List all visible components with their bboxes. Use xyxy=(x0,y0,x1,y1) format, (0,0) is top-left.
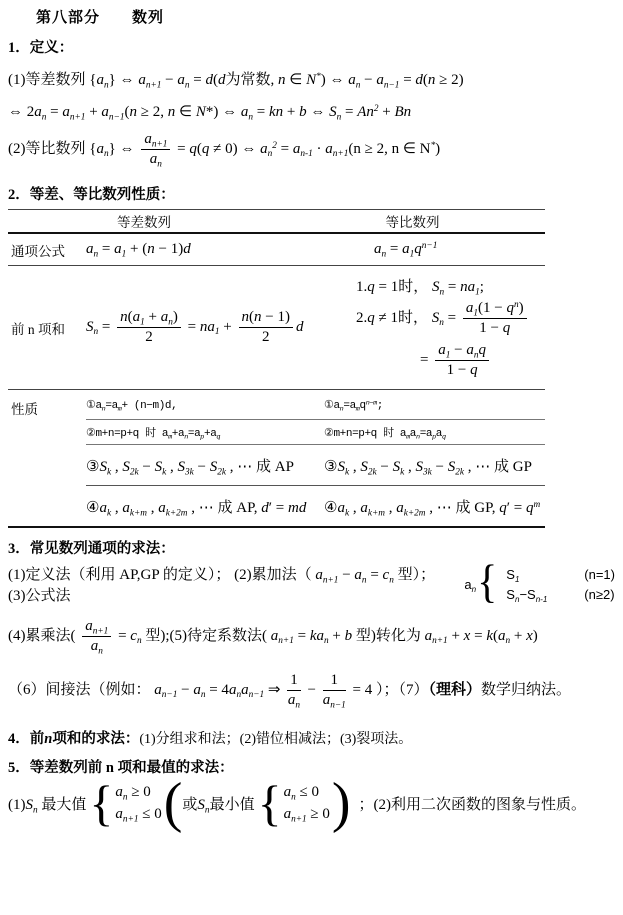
property-4-arithmetic: ④ak , ak+m , ak+2m , ⋯ 成 AP, d′ = md xyxy=(86,496,324,517)
arithmetic-definition-line-1: (1)等差数列 {an} ⇔ an+1 − an = d(d为常数, n ∈ N… xyxy=(8,68,615,89)
row-label-partial-sum: 前 n 项和 xyxy=(8,318,86,338)
property-3-row: ③Sk , S2k − Sk , S3k − S2k , ⋯ 成 AP ③Sk … xyxy=(86,445,545,486)
geometric-sum-alternate-form: = a1 − anq1 − q xyxy=(420,341,545,380)
case-1-formula: S1 xyxy=(506,567,584,582)
max-sum-label: (1)Sn 最大值 xyxy=(8,793,86,814)
geometric-sum-case-q-equals-1: 1.q = 1时， Sn = na1; xyxy=(356,275,545,296)
methods-line-2: (4)累乘法( an+1an = cn 型);(5)待定系数法( an+1 = … xyxy=(8,617,615,656)
section-5-method-2: ；(2)利用二次函数的图象与性质。 xyxy=(359,793,587,814)
methods-line-1: (1)定义法（利用 AP,GP 的定义）； (2)累加法（ an+1 − an … xyxy=(8,563,615,605)
property-1-arithmetic: ①an=am+ (n−m)d, xyxy=(86,398,324,412)
piecewise-formula: an { S1 (n=1) Sn−Sn-1 (n≥2) xyxy=(464,567,615,602)
piecewise-cases: S1 (n=1) Sn−Sn-1 (n≥2) xyxy=(506,567,615,602)
case-2-condition: (n≥2) xyxy=(584,587,615,602)
section-4-body: (1)分组求和法；(2)错位相减法；(3)裂项法。 xyxy=(139,732,412,747)
general-term-geometric-formula: an = a1qn−1 xyxy=(338,241,545,258)
table-row-properties: 性质 ①an=am+ (n−m)d, ①an=amqn−m; ②m+n=p+q … xyxy=(8,390,545,526)
table-header-row: 等差数列 等比数列 xyxy=(8,210,545,234)
section-4-line: 4．前n项和的求法：(1)分组求和法；(2)错位相减法；(3)裂项法。 xyxy=(8,727,615,748)
property-4-row: ④ak , ak+m , ak+2m , ⋯ 成 AP, d′ = md ④ak… xyxy=(86,486,545,526)
property-2-arithmetic: ②m+n=p+q 时 am+an=ap+aq xyxy=(86,424,324,440)
property-4-geometric: ④ak , ak+m , ak+2m , ⋯ 成 GP, q′ = qm xyxy=(324,496,545,517)
piecewise-variable: an xyxy=(464,577,476,592)
partial-sum-arithmetic-formula: Sn = n(a1 + an)2 = na1 + n(n − 1)2d xyxy=(86,308,338,347)
methods-1-2-3-text: (1)定义法（利用 AP,GP 的定义）； (2)累加法（ an+1 − an … xyxy=(8,563,452,605)
right-paren-icon: ) xyxy=(332,782,351,824)
left-brace-icon: { xyxy=(477,566,497,603)
min-conditions: an ≤ 0 an+1 ≥ 0 xyxy=(284,784,330,823)
table-row-partial-sum: 前 n 项和 Sn = n(a1 + an)2 = na1 + n(n − 1)… xyxy=(8,266,545,390)
page-title: 第八部分 数列 xyxy=(36,6,615,27)
case-1-condition: (n=1) xyxy=(584,567,615,582)
properties-list: ①an=am+ (n−m)d, ①an=amqn−m; ②m+n=p+q 时 a… xyxy=(86,390,545,526)
left-paren-icon: ( xyxy=(164,782,183,824)
min-sum-label: 或Sn最小值 xyxy=(182,793,254,814)
row-label-properties: 性质 xyxy=(8,390,86,418)
property-1-geometric: ①an=amqn−m; xyxy=(324,398,545,412)
section-5-line: (1)Sn 最大值 { an ≥ 0 an+1 ≤ 0 ( 或Sn最小值 { a… xyxy=(8,782,615,824)
max-conditions: an ≥ 0 an+1 ≤ 0 xyxy=(115,784,161,823)
section-2-heading: 2．等差、等比数列性质： xyxy=(8,183,615,204)
max-condition-1: an ≥ 0 xyxy=(115,784,161,801)
geometric-sum-case-q-not-1: 2.q ≠ 1时， Sn = a1(1 − qn)1 − q xyxy=(356,299,545,338)
row-label-general-term: 通项公式 xyxy=(8,240,86,260)
property-3-arithmetic: ③Sk , S2k − Sk , S3k − S2k , ⋯ 成 AP xyxy=(86,455,324,476)
section-5-heading: 5．等差数列前 n 项和最值的求法： xyxy=(8,756,615,777)
left-brace-icon: { xyxy=(89,783,113,823)
methods-line-3: （6）间接法（例如： an−1 − an = 4anan−1 ⇒ 1an − 1… xyxy=(8,671,615,710)
property-1-row: ①an=am+ (n−m)d, ①an=amqn−m; xyxy=(86,390,545,420)
col-header-geometric: 等比数列 xyxy=(280,211,545,231)
min-condition-1: an ≤ 0 xyxy=(284,784,330,801)
col-header-arithmetic: 等差数列 xyxy=(8,211,280,231)
left-brace-icon: { xyxy=(258,783,282,823)
max-condition-2: an+1 ≤ 0 xyxy=(115,806,161,823)
geometric-definition-line: (2)等比数列 {an} ⇔ an+1an = q(q ≠ 0) ⇔ an2 =… xyxy=(8,130,615,169)
property-3-geometric: ③Sk , S2k − Sk , S3k − S2k , ⋯ 成 GP xyxy=(324,455,545,476)
properties-table: 等差数列 等比数列 通项公式 an = a1 + (n − 1)d an = a… xyxy=(8,209,545,528)
property-2-row: ②m+n=p+q 时 am+an=ap+aq ②m+n=p+q 时 aman=a… xyxy=(86,420,545,445)
section-4-heading: 4．前n项和的求法： xyxy=(8,731,139,747)
case-2-formula: Sn−Sn-1 xyxy=(506,587,584,602)
document-page: 第八部分 数列 1．定义： (1)等差数列 {an} ⇔ an+1 − an =… xyxy=(0,0,623,915)
section-3-heading: 3．常见数列通项的求法： xyxy=(8,537,615,558)
section-1-heading: 1．定义： xyxy=(8,36,615,57)
table-row-general-term: 通项公式 an = a1 + (n − 1)d an = a1qn−1 xyxy=(8,234,545,266)
partial-sum-geometric-cell: 1.q = 1时， Sn = na1; 2.q ≠ 1时， Sn = a1(1 … xyxy=(338,275,545,380)
arithmetic-definition-line-2: ⇔ 2an = an+1 + an−1(n ≥ 2, n ∈ N*) ⇔ an … xyxy=(8,102,615,121)
general-term-arithmetic-formula: an = a1 + (n − 1)d xyxy=(86,241,338,258)
property-2-geometric: ②m+n=p+q 时 aman=apaq xyxy=(324,424,545,440)
min-condition-2: an+1 ≥ 0 xyxy=(284,806,330,823)
